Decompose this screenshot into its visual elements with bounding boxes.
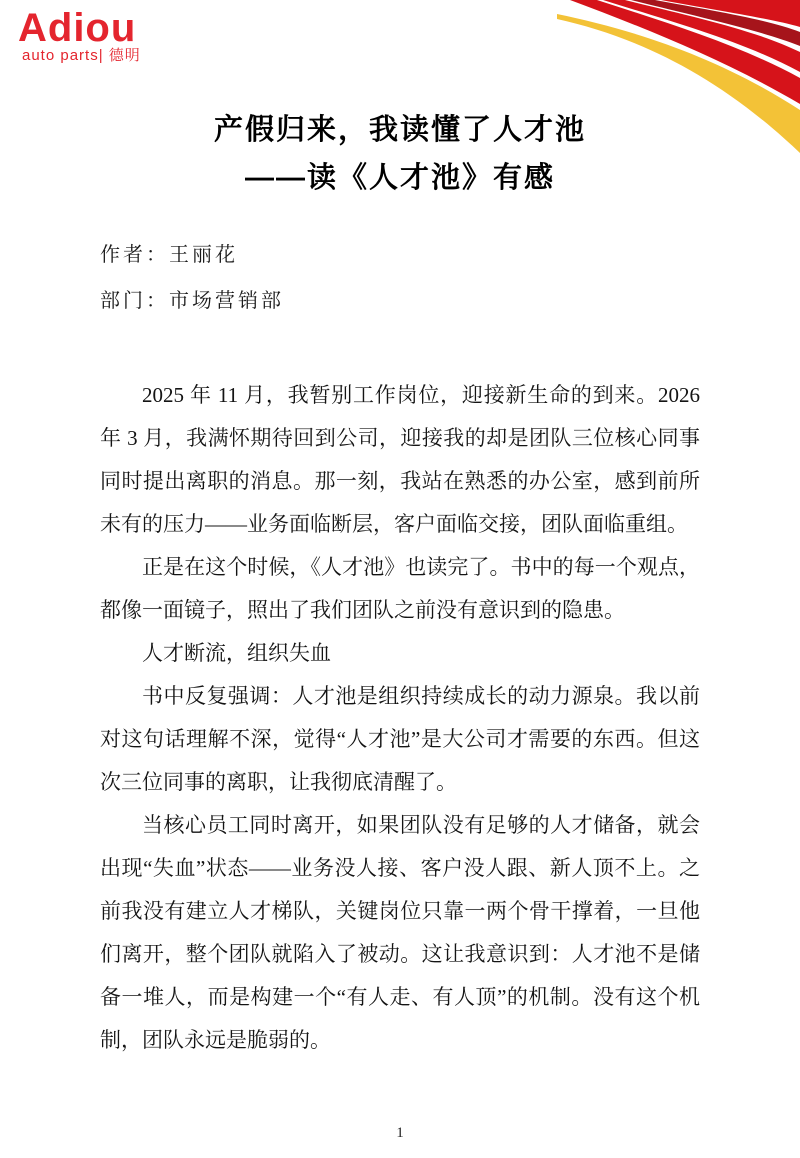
paragraph: 书中反复强调：人才池是组织持续成长的动力源泉。我以前对这句话理解不深，觉得“人才… (100, 675, 700, 804)
corner-swoosh-graphic (555, 0, 800, 185)
page-number: 1 (0, 1125, 800, 1142)
logo-tagline: auto parts| 德明 (18, 48, 141, 64)
section-heading: 人才断流，组织失血 (100, 632, 700, 675)
department-line: 部门：市场营销部 (100, 278, 700, 324)
paragraph: 当核心员工同时离开，如果团队没有足够的人才储备，就会出现“失血”状态——业务没人… (100, 804, 700, 1062)
paragraph: 2025 年 11 月，我暂别工作岗位，迎接新生命的到来。2026 年 3 月，… (100, 374, 700, 546)
document-body: 2025 年 11 月，我暂别工作岗位，迎接新生命的到来。2026 年 3 月，… (100, 374, 700, 1062)
company-logo: Adiou auto parts| 德明 (18, 8, 141, 64)
document-page: { "logo": { "name": "Adiou", "tagline": … (0, 0, 800, 1158)
author-line: 作者：王丽花 (100, 232, 700, 278)
paragraph: 正是在这个时候，《人才池》也读完了。书中的每一个观点，都像一面镜子，照出了我们团… (100, 546, 700, 632)
document-meta: 作者：王丽花 部门：市场营销部 (100, 232, 700, 324)
logo-wordmark: Adiou (18, 8, 141, 48)
